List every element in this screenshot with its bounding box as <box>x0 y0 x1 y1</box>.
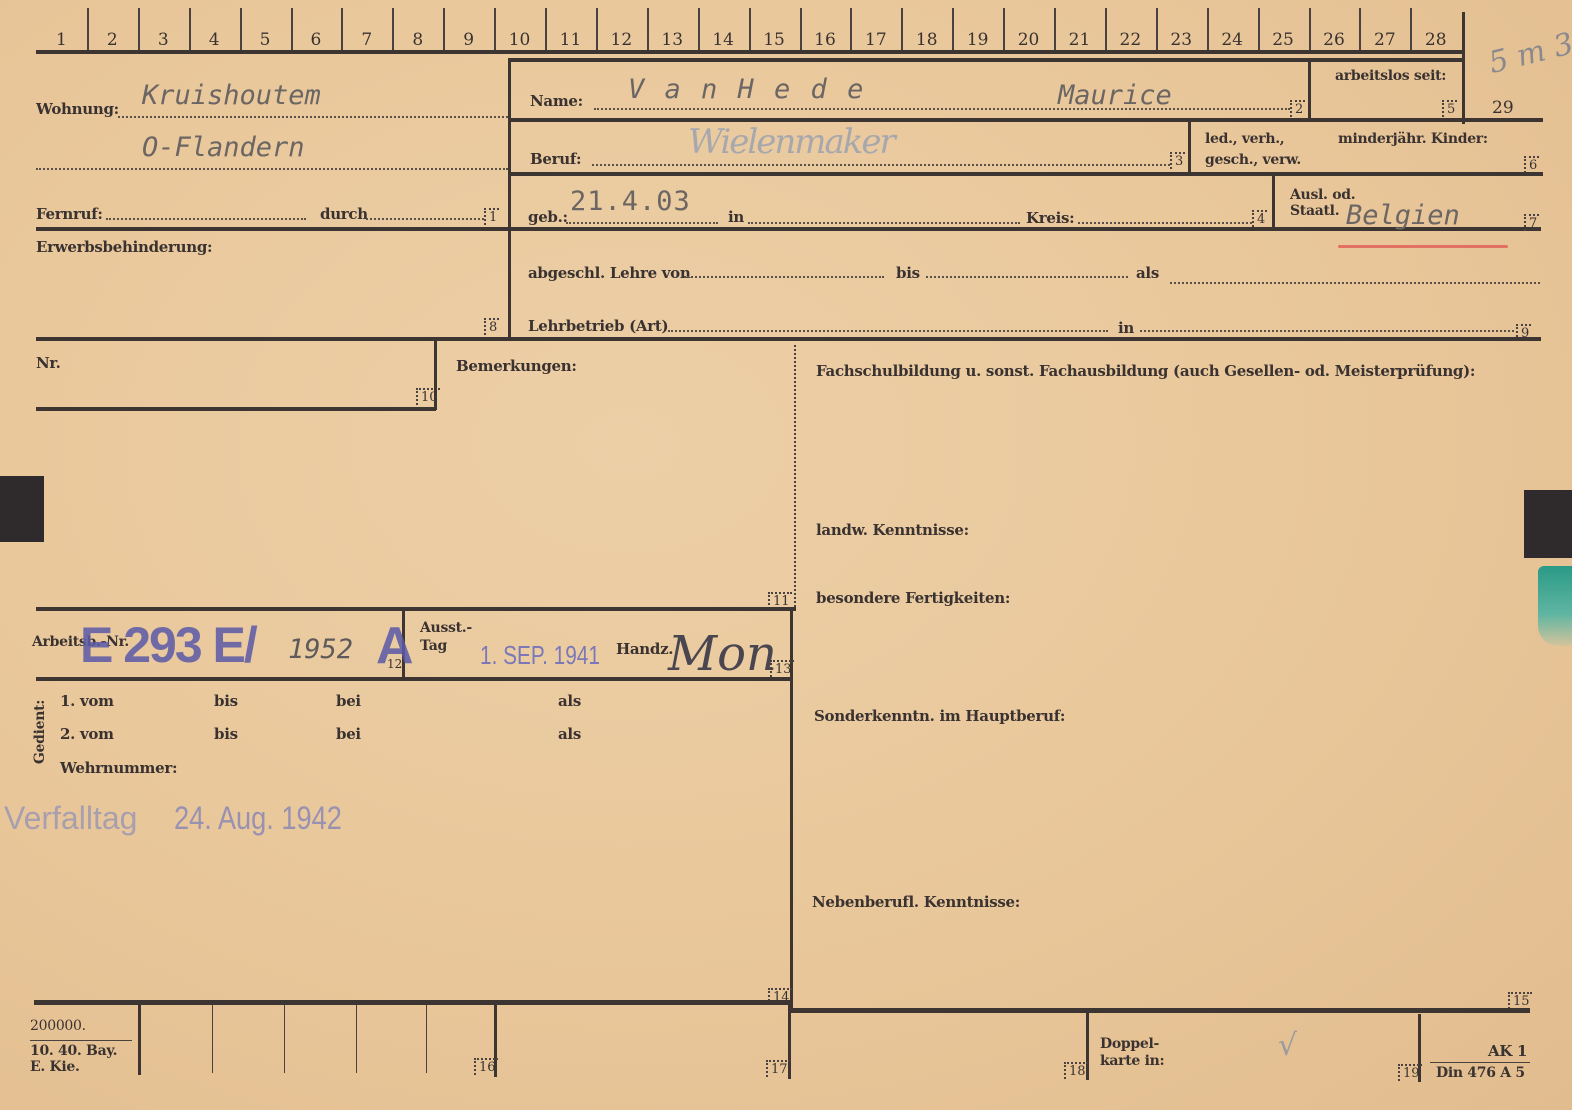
arbeitsbuch-stamp: E 293 E/ <box>80 616 256 674</box>
fernruf-label: Fernruf: <box>36 205 103 223</box>
landw-label: landw. Kenntnisse: <box>816 521 969 539</box>
column-number: 27 <box>1359 30 1410 50</box>
lehrbetrieb-in-line <box>1140 330 1514 332</box>
wehrnummer-label: Wehrnummer: <box>60 759 177 777</box>
column-29-number: 29 <box>1492 98 1514 118</box>
bottom-divider-a <box>138 1005 141 1075</box>
sonderkenntn-label: Sonderkenntn. im Hauptberuf: <box>814 707 1065 725</box>
column-number: 18 <box>901 30 952 50</box>
wohnung-line-2 <box>36 168 508 170</box>
doppelkarte-label-1: Doppel- <box>1100 1036 1159 1052</box>
gedient-bei-label: bei <box>336 725 361 743</box>
lehrbetrieb-line <box>668 330 1108 332</box>
column-number: 7 <box>341 30 392 50</box>
column-number: 28 <box>1410 30 1461 50</box>
gedient-als-label: als <box>558 725 581 743</box>
corner-handwriting: 5 m 3a <box>1485 22 1572 81</box>
name-top-rule <box>508 58 1464 62</box>
column-number: 6 <box>291 30 342 50</box>
arbeitslos-divider <box>1308 58 1311 120</box>
geb-in-line <box>748 222 1020 224</box>
field-number-4: 4 <box>1252 210 1267 227</box>
field-number-19: 19 <box>1398 1064 1422 1081</box>
bemerkungen-label: Bemerkungen: <box>456 357 577 375</box>
field-number-12: 12 <box>384 656 404 671</box>
kinder-label: minderjähr. Kinder: <box>1338 131 1488 147</box>
arbeitslos-label: arbeitslos seit: <box>1335 68 1446 84</box>
durch-line <box>366 218 484 220</box>
column-number: 13 <box>647 30 698 50</box>
field-number-15: 15 <box>1508 992 1532 1009</box>
lehrbetrieb-label: Lehrbetrieb (Art) <box>528 317 668 335</box>
nr-label: Nr. <box>36 354 61 372</box>
column-number: 26 <box>1309 30 1360 50</box>
nebenberuf-label: Nebenberufl. Kenntnisse: <box>812 893 1020 911</box>
column-number: 22 <box>1105 30 1156 50</box>
lehre-bis-line <box>926 276 1128 278</box>
column-number: 25 <box>1258 30 1309 50</box>
handzeichen-signature: Mon <box>668 626 777 682</box>
column-number: 19 <box>952 30 1003 50</box>
fertigkeiten-label: besondere Fertigkeiten: <box>816 589 1010 607</box>
column-number: 12 <box>596 30 647 50</box>
column-number: 21 <box>1054 30 1105 50</box>
staat-label-2: Staatl. <box>1290 203 1339 219</box>
lehrbetrieb-in-label: in <box>1118 319 1134 337</box>
rule-beruf-bottom <box>508 172 1543 176</box>
column-number: 15 <box>749 30 800 50</box>
col-29-divider <box>1462 12 1465 124</box>
gedient-als-label: als <box>558 692 581 710</box>
column-number: 11 <box>545 30 596 50</box>
arbeitsbuch-typed-number[interactable]: 1952 <box>288 634 353 665</box>
bottom-thin-2 <box>284 1005 285 1073</box>
gedient-bis-label: bis <box>214 692 238 710</box>
field-number-5: 5 <box>1442 100 1457 117</box>
arbeitsbuch-bottom-rule <box>36 677 792 681</box>
field-number-3: 3 <box>1170 152 1185 169</box>
field-number-2: 2 <box>1290 100 1305 117</box>
form-id-line-2: Din 476 A 5 <box>1436 1065 1525 1081</box>
field-number-18: 18 <box>1064 1062 1088 1079</box>
column-number: 16 <box>800 30 851 50</box>
field-number-17: 17 <box>766 1060 790 1077</box>
verfalltag-stamp-text: Verfalltag <box>4 800 137 837</box>
column-number: 10 <box>494 30 545 50</box>
column-number: 3 <box>138 30 189 50</box>
form-id-rule <box>1430 1062 1530 1063</box>
name-label: Name: <box>530 92 583 110</box>
gedient-bei-label: bei <box>336 692 361 710</box>
column-number: 1 <box>36 30 87 50</box>
column-number: 20 <box>1003 30 1054 50</box>
column-number: 5 <box>240 30 291 50</box>
red-underline <box>1338 245 1508 248</box>
bottom-rule-right <box>790 1008 1530 1013</box>
ausstellung-label-2: Tag <box>420 638 447 654</box>
field-number-13: 13 <box>770 660 794 677</box>
rule-name-bottom <box>508 118 1543 122</box>
gedient-vom-label: 2. vom <box>60 725 114 743</box>
field-number-6: 6 <box>1524 156 1539 173</box>
wohnung-line-1 <box>118 116 508 118</box>
bottom-thin-3 <box>356 1005 357 1073</box>
imprint-line-3: E. Kie. <box>30 1059 80 1075</box>
staat-divider <box>1272 174 1275 230</box>
upper-vertical-divider <box>508 58 511 340</box>
staat-value[interactable]: Belgien <box>1346 200 1460 231</box>
imprint-rule <box>30 1040 132 1041</box>
geb-label: geb.: <box>528 208 568 226</box>
registration-card: 1234567891011121314151617181920212223242… <box>0 0 1572 1110</box>
handzeichen-label: Handz. <box>616 640 673 658</box>
familienstand-divider <box>1188 120 1191 174</box>
field-number-16: 16 <box>474 1058 498 1075</box>
top-rule <box>36 50 1462 54</box>
lehre-bis-label: bis <box>896 264 920 282</box>
ausstellung-date-stamp: 1. SEP. 1941 <box>480 640 600 671</box>
kreis-label: Kreis: <box>1026 209 1074 227</box>
right-index-marker <box>1524 490 1572 558</box>
erwerbsbehinderung-label: Erwerbsbehinderung: <box>36 238 212 256</box>
beruf-value[interactable]: Wielenmaker <box>688 122 894 162</box>
column-number: 14 <box>698 30 749 50</box>
gedient-side-label: Gedient: <box>32 700 48 764</box>
bottom-thin-4 <box>426 1005 427 1073</box>
lehre-von-line <box>684 276 884 278</box>
durch-label: durch <box>320 205 368 223</box>
lehre-label: abgeschl. Lehre von <box>528 264 690 282</box>
bemerkungen-right-dotted <box>794 345 796 607</box>
column-number: 2 <box>87 30 138 50</box>
familienstand-label-1: led., verh., <box>1205 131 1284 147</box>
given-name-value[interactable]: Maurice <box>1058 80 1172 111</box>
column-number: 9 <box>443 30 494 50</box>
kreis-line <box>1078 222 1252 224</box>
verfalltag-stamp-date: 24. Aug. 1942 <box>174 800 342 837</box>
field-number-8: 8 <box>484 318 499 335</box>
beruf-label: Beruf: <box>530 150 581 168</box>
nr-right-rule <box>434 340 437 410</box>
column-number: 17 <box>850 30 901 50</box>
left-index-marker <box>0 476 44 542</box>
fernruf-line <box>106 218 306 220</box>
imprint-line-2: 10. 40. Bay. <box>30 1043 117 1059</box>
geb-value[interactable]: 21.4.03 <box>570 186 691 217</box>
column-number: 4 <box>189 30 240 50</box>
nr-bottom-rule <box>36 407 436 411</box>
form-id-line-1: AK 1 <box>1488 1042 1527 1060</box>
geb-in-label: in <box>728 208 744 226</box>
lehre-als-label: als <box>1136 264 1159 282</box>
column-number: 23 <box>1156 30 1207 50</box>
name-line <box>594 108 1290 110</box>
teal-color-mark <box>1538 566 1572 646</box>
gedient-bis-label: bis <box>214 725 238 743</box>
arbeitsbuch-top-rule <box>36 607 796 611</box>
wohnung-value-1[interactable]: Kruishoutem <box>142 80 321 111</box>
ausstellung-label-1: Ausst.- <box>420 620 472 636</box>
lehre-als-line <box>1170 282 1540 284</box>
gedient-vom-label: 1. vom <box>60 692 114 710</box>
familienstand-label-2: gesch., verw. <box>1205 152 1301 168</box>
rule-upper-section-bottom <box>36 337 1541 341</box>
surname-value[interactable]: V a n H e d e <box>628 74 865 105</box>
doppelkarte-label-2: karte in: <box>1100 1053 1164 1069</box>
beruf-line <box>592 164 1170 166</box>
wohnung-value-2[interactable]: O-Flandern <box>142 132 305 163</box>
geb-line <box>566 222 718 224</box>
column-number: 8 <box>392 30 443 50</box>
wohnung-label: Wohnung: <box>36 100 119 118</box>
rule-row-1 <box>36 227 1541 231</box>
fachschule-label: Fachschulbildung u. sonst. Fachausbildun… <box>816 362 1475 380</box>
bottom-thin-1 <box>212 1005 213 1073</box>
check-mark: √ <box>1278 1028 1297 1063</box>
field-number-7: 7 <box>1524 214 1539 231</box>
column-number: 24 <box>1207 30 1258 50</box>
imprint-line-1: 200000. <box>30 1018 86 1034</box>
field-number-1: 1 <box>484 208 499 225</box>
bottom-rule-left <box>34 1000 792 1005</box>
